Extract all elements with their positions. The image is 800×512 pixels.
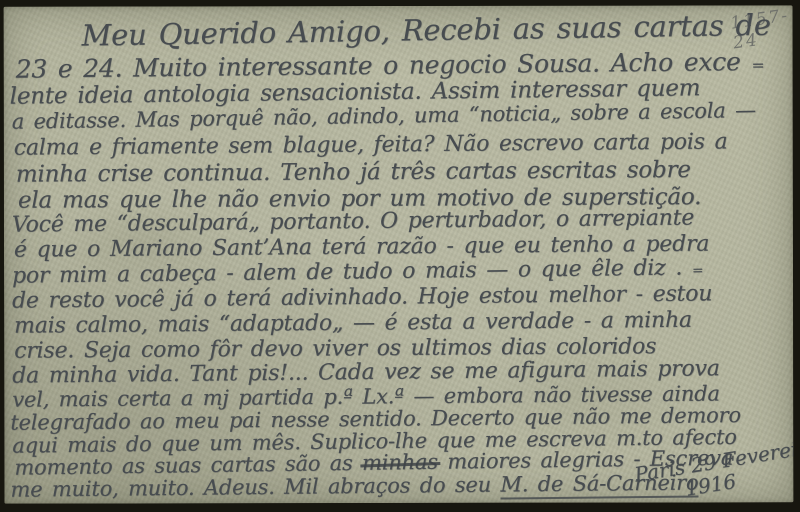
struck-word: minhas xyxy=(362,450,438,475)
manuscript-line: calma e friamente sem blague, feita? Não… xyxy=(14,129,728,160)
manuscript-line: Meu Querido Amigo, Recebi as suas cartas… xyxy=(81,8,771,53)
scanned-letter: 1157-24 Meu Querido Amigo, Recebi as sua… xyxy=(0,0,800,512)
line-text: me muito, muito. Adeus. Mil abraços do s… xyxy=(10,473,500,502)
manuscript-line: minha crise continua. Tenho já três cart… xyxy=(16,157,691,188)
postcard-paper: 1157-24 Meu Querido Amigo, Recebi as sua… xyxy=(4,5,794,503)
